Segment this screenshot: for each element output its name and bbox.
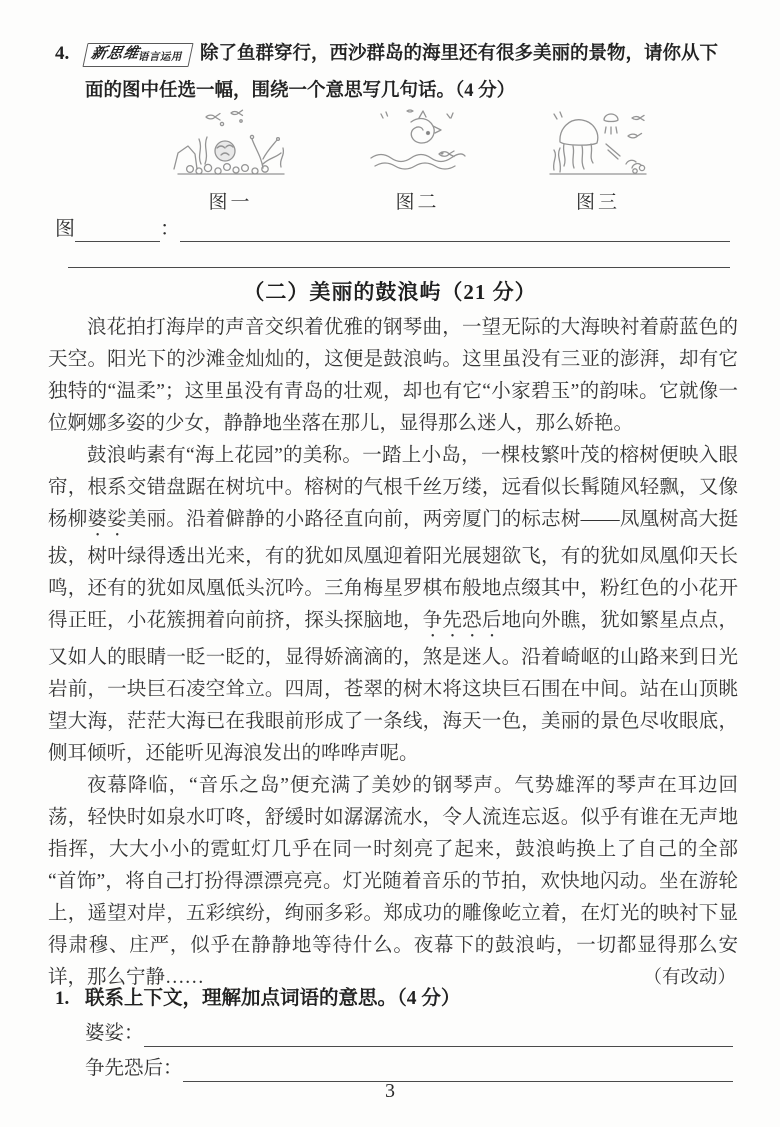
passage-paragraph-1: 浪花拍打海岸的声音交织着优雅的钢琴曲，一望无际的大海映衬着蔚蓝色的天空。阳光下的… (48, 312, 738, 440)
answer-colon: ： (160, 216, 180, 242)
figure-row: 图一 图二 (168, 106, 654, 214)
section-title: （二）美丽的鼓浪屿（21 分） (0, 276, 780, 306)
figure-number-blank (75, 217, 160, 242)
question-4-line-2: 面的图中任选一幅，围绕一个意思写几句话。（4 分） (85, 73, 745, 110)
badge-main-label: 新思维 (90, 46, 141, 62)
paragraph-2-segment-3: 地向外瞧，犹如繁星点点，又如人的眼睛一眨一眨的，显得娇滴滴的，煞是迷人。沿着崎岖… (48, 610, 738, 764)
exam-paper-page: 4. 新思维语言运用除了鱼群穿行，西沙群岛的海里还有很多美丽的景物，请你从下 面… (0, 0, 780, 1127)
new-thinking-badge: 新思维语言运用 (82, 43, 193, 67)
question-1: 1. 联系上下文，理解加点词语的意思。（4 分） 婆娑： 争先恐后： (55, 986, 733, 1082)
figure-answer-row: 图 ： (55, 216, 730, 242)
question-1-item-2: 争先恐后： (85, 1056, 733, 1082)
question-4-line-1: 新思维语言运用除了鱼群穿行，西沙群岛的海里还有很多美丽的景物，请你从下 (85, 36, 745, 73)
zhengxiankonghou-label: 争先恐后： (85, 1056, 183, 1082)
figure-1-caption: 图一 (208, 187, 252, 214)
reading-passage: 浪花拍打海岸的声音交织着优雅的钢琴曲，一望无际的大海映衬着蔚蓝色的天空。阳光下的… (48, 312, 738, 994)
question-4: 4. 新思维语言运用除了鱼群穿行，西沙群岛的海里还有很多美丽的景物，请你从下 面… (55, 36, 745, 110)
figure-2-caption: 图二 (395, 187, 439, 214)
figure-1: 图一 (168, 106, 293, 214)
question-4-text: 新思维语言运用除了鱼群穿行，西沙群岛的海里还有很多美丽的景物，请你从下 面的图中… (85, 36, 745, 110)
question-1-stem: 联系上下文，理解加点词语的意思。（4 分） (85, 986, 460, 1012)
figure-3: 图三 (542, 106, 654, 214)
answer-blank-line-1 (180, 217, 730, 242)
badge-sub-label: 语言运用 (137, 52, 183, 63)
question-4-number: 4. (55, 43, 85, 65)
page-number: 3 (0, 1080, 780, 1103)
jellyfish-icon (542, 106, 654, 178)
emphasized-word-zhengxiankonghou: 争先恐后 (423, 610, 502, 631)
figure-2: 图二 (367, 106, 469, 214)
question-1-item-1: 婆娑： (85, 1021, 733, 1047)
figure-3-caption: 图三 (576, 187, 620, 214)
passage-paragraph-2: 鼓浪屿素有“海上花园”的美称。一踏上小岛，一棵枝繁叶茂的榕树便映入眼帘，根系交错… (48, 440, 738, 770)
posuo-answer-blank (144, 1022, 733, 1047)
answer-blank-line-2 (68, 242, 730, 268)
passage-paragraph-3: 夜幕降临，“音乐之岛”便充满了美妙的钢琴声。气势雄浑的琴声在耳边回荡，轻快时如泉… (48, 770, 738, 994)
question-4-stem-part1: 除了鱼群穿行，西沙群岛的海里还有很多美丽的景物，请你从下 (200, 44, 718, 64)
question-4-stem-part2: 面的图中任选一幅，围绕一个意思写几句话。（4 分） (85, 81, 515, 101)
answer-prefix-label: 图 (55, 216, 75, 242)
coral-reef-icon (168, 106, 293, 178)
posuo-label: 婆娑： (85, 1021, 144, 1047)
paragraph-3-text: 夜幕降临，“音乐之岛”便充满了美妙的钢琴声。气势雄浑的琴声在耳边回荡，轻快时如泉… (48, 775, 738, 988)
zhengxiankonghou-answer-blank (183, 1057, 733, 1082)
question-1-number: 1. (55, 986, 85, 1012)
dolphin-icon (367, 106, 469, 178)
emphasized-word-posuo: 婆娑 (87, 509, 126, 530)
